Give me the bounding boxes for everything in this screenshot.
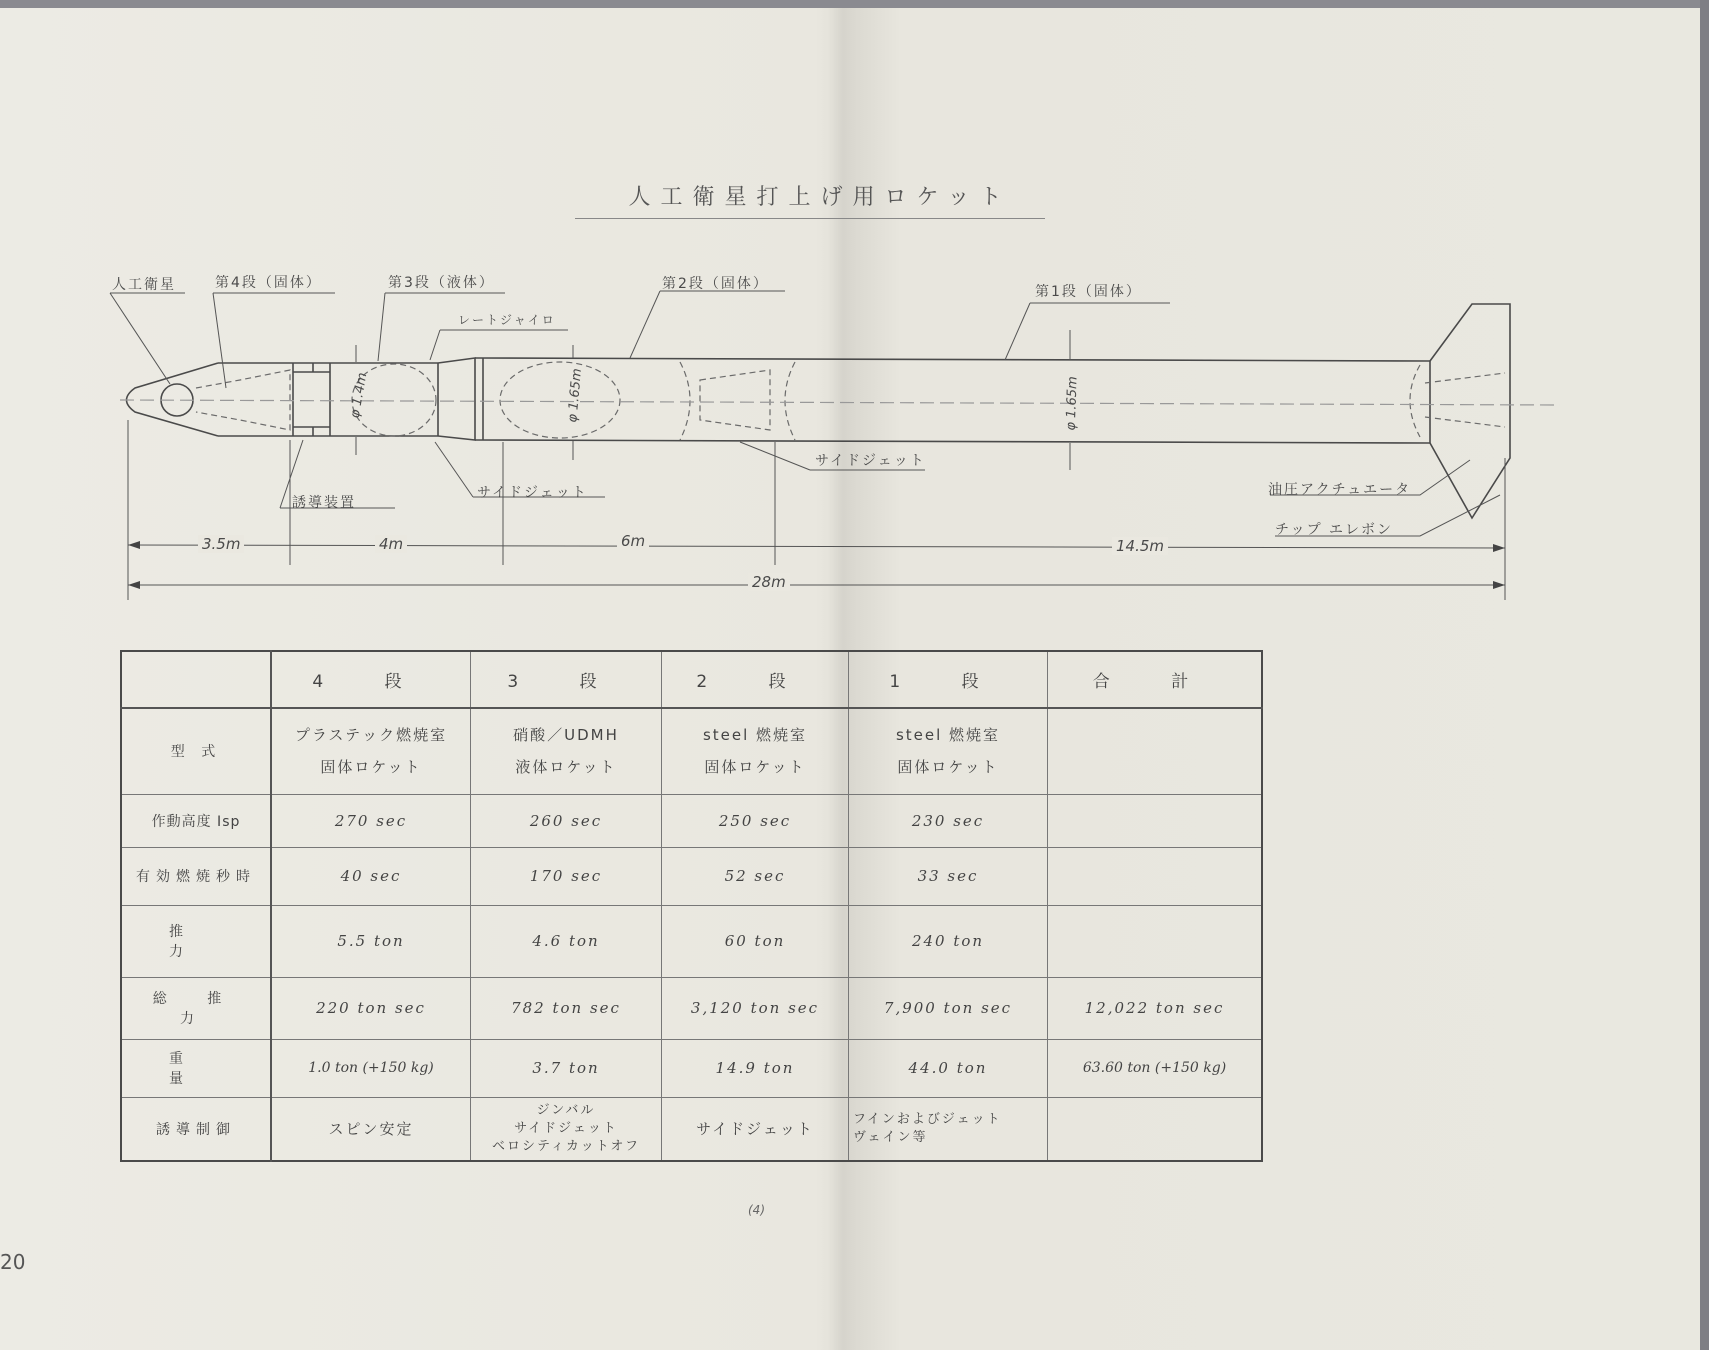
diameter-stage1: φ 1.65m (1064, 376, 1081, 431)
cell-weight-stage1: 44.0 ton (849, 1039, 1048, 1097)
table-row: 推 力 5.5 ton 4.6 ton 60 ton 240 ton (121, 905, 1262, 977)
rocket-diagram (0, 0, 1709, 640)
cell-type-stage1: steel 燃焼室固体ロケット (849, 708, 1048, 794)
cell-burn-stage1: 33 sec (849, 847, 1048, 905)
table-row: 総 推 力 220 ton sec 782 ton sec 3,120 ton … (121, 977, 1262, 1039)
dimension-seg1: 3.5m (198, 535, 244, 553)
label-stage4: 第4段（固体） (215, 272, 322, 292)
cell-impulse-total: 12,022 ton sec (1048, 977, 1263, 1039)
label-satellite: 人工衛星 (112, 274, 176, 294)
row-label-thrust: 推 力 (121, 905, 271, 977)
cell-type-stage2: steel 燃焼室固体ロケット (662, 708, 849, 794)
page-number: (4) (748, 1203, 765, 1217)
row-label-burn-time: 有効燃焼秒時 (121, 847, 271, 905)
row-label-guidance: 誘導制御 (121, 1097, 271, 1161)
label-stage2: 第2段（固体） (662, 273, 769, 293)
row-label-type: 型 式 (121, 708, 271, 794)
cell-isp-total (1048, 794, 1263, 847)
header-blank (121, 651, 271, 708)
cell-guidance-stage3: ジンバルサイドジェットベロシティカットオフ (471, 1097, 662, 1161)
cell-type-total (1048, 708, 1263, 794)
label-guidance-unit: 誘導装置 (292, 492, 356, 512)
cell-guidance-stage2: サイドジェット (662, 1097, 849, 1161)
cell-weight-stage4: 1.0 ton (+150 kg) (271, 1039, 471, 1097)
cell-burn-stage4: 40 sec (271, 847, 471, 905)
cell-type-stage3: 硝酸／UDMH液体ロケット (471, 708, 662, 794)
cell-burn-stage3: 170 sec (471, 847, 662, 905)
dimension-seg3: 6m (617, 532, 649, 550)
table-row: 重 量 1.0 ton (+150 kg) 3.7 ton 14.9 ton 4… (121, 1039, 1262, 1097)
cell-thrust-stage2: 60 ton (662, 905, 849, 977)
table-row: 有効燃焼秒時 40 sec 170 sec 52 sec 33 sec (121, 847, 1262, 905)
margin-number: 20 (0, 1250, 25, 1274)
label-stage3: 第3段（液体） (388, 272, 495, 292)
cell-weight-stage2: 14.9 ton (662, 1039, 849, 1097)
cell-isp-stage3: 260 sec (471, 794, 662, 847)
header-stage2: 2 段 (662, 651, 849, 708)
label-stage1: 第1段（固体） (1035, 281, 1142, 301)
cell-impulse-stage4: 220 ton sec (271, 977, 471, 1039)
cell-guidance-total (1048, 1097, 1263, 1161)
cell-weight-stage3: 3.7 ton (471, 1039, 662, 1097)
row-label-weight: 重 量 (121, 1039, 271, 1097)
table-row: 作動高度 Isp 270 sec 260 sec 250 sec 230 sec (121, 794, 1262, 847)
label-hydraulic-actuator: 油圧アクチュエータ (1268, 479, 1411, 499)
cell-impulse-stage1: 7,900 ton sec (849, 977, 1048, 1039)
table-row: 誘導制御 スピン安定 ジンバルサイドジェットベロシティカットオフ サイドジェット… (121, 1097, 1262, 1161)
label-tip-elevon: チップ エレボン (1275, 519, 1393, 539)
table-row: 型 式 プラステック燃焼室固体ロケット 硝酸／UDMH液体ロケット steel … (121, 708, 1262, 794)
header-stage1: 1 段 (849, 651, 1048, 708)
header-stage4: 4 段 (271, 651, 471, 708)
cell-thrust-stage1: 240 ton (849, 905, 1048, 977)
cell-guidance-stage1: フインおよびジェットヴェイン等 (849, 1097, 1048, 1161)
cell-thrust-total (1048, 905, 1263, 977)
row-label-total-impulse: 総 推 力 (121, 977, 271, 1039)
row-label-isp: 作動高度 Isp (121, 794, 271, 847)
rocket-spec-table: 4 段 3 段 2 段 1 段 合 計 型 式 プラステック燃焼室固体ロケット … (120, 650, 1263, 1162)
cell-impulse-stage2: 3,120 ton sec (662, 977, 849, 1039)
dimension-seg4: 14.5m (1112, 537, 1168, 555)
header-total: 合 計 (1048, 651, 1263, 708)
table-header-row: 4 段 3 段 2 段 1 段 合 計 (121, 651, 1262, 708)
label-side-jet-upper: サイドジェット (477, 482, 588, 502)
cell-type-stage4: プラステック燃焼室固体ロケット (271, 708, 471, 794)
header-stage3: 3 段 (471, 651, 662, 708)
cell-burn-stage2: 52 sec (662, 847, 849, 905)
cell-isp-stage2: 250 sec (662, 794, 849, 847)
cell-weight-total: 63.60 ton (+150 kg) (1048, 1039, 1263, 1097)
cell-burn-total (1048, 847, 1263, 905)
cell-impulse-stage3: 782 ton sec (471, 977, 662, 1039)
cell-isp-stage4: 270 sec (271, 794, 471, 847)
dimension-seg2: 4m (375, 535, 407, 553)
cell-guidance-stage4: スピン安定 (271, 1097, 471, 1161)
cell-thrust-stage4: 5.5 ton (271, 905, 471, 977)
cell-thrust-stage3: 4.6 ton (471, 905, 662, 977)
dimension-total: 28m (748, 573, 790, 591)
label-side-jet-lower: サイドジェット (815, 450, 926, 470)
label-rate-gyro: レートジャイロ (458, 311, 556, 328)
cell-isp-stage1: 230 sec (849, 794, 1048, 847)
